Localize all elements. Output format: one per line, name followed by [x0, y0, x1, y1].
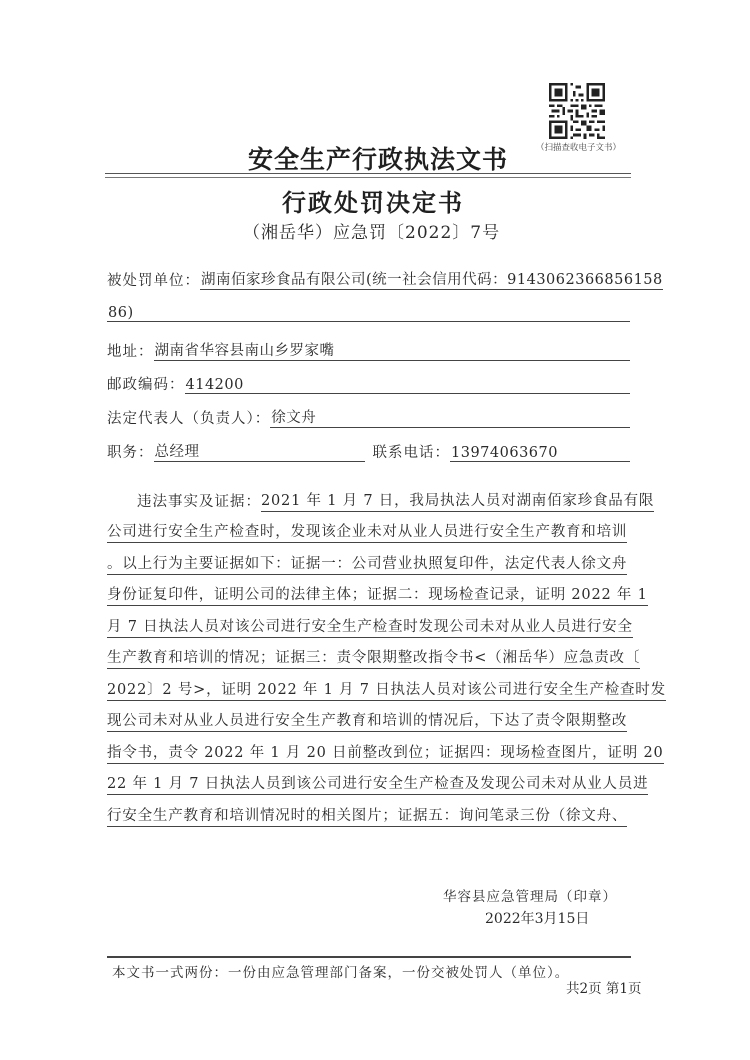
- facts-line: 月 7 日执法人员对该公司进行安全生产检查时发现公司未对从业人员进行安全: [107, 606, 630, 638]
- facts-label: 违法事实及证据：: [137, 492, 261, 512]
- penalized-unit-value: 湖南佰家珍食品有限公司(统一社会信用代码：9143062366856158: [200, 268, 663, 290]
- postal-code-field: 邮政编码： 414200: [107, 372, 630, 394]
- page-indicator: 共2页 第1页: [566, 977, 641, 997]
- facts-line: 指令书，责令 2022 年 1 月 20 日前整改到位；证据四：现场检查图片，证…: [107, 732, 630, 764]
- penalized-unit-label: 被处罚单位：: [107, 269, 200, 290]
- facts-line: 现公司未对从业人员进行安全生产教育和培训的情况后，下达了责令限期整改: [107, 701, 630, 733]
- document-number: （湘岳华）应急罚〔2022〕7号: [243, 218, 500, 243]
- address-value: 湖南省华容县南山乡罗家嘴: [154, 339, 631, 361]
- penalized-unit-field: 被处罚单位： 湖南佰家珍食品有限公司(统一社会信用代码：914306236685…: [107, 268, 630, 290]
- qr-code-icon: [549, 83, 605, 139]
- document-category-title: 安全生产行政执法文书: [248, 140, 508, 176]
- facts-line: 身份证复印件，证明公司的法律主体；证据二：现场检查记录，证明 2022 年 1: [107, 575, 630, 607]
- penalized-unit-value-cont: 86): [107, 305, 630, 322]
- postal-code-label: 邮政编码：: [107, 373, 185, 394]
- qr-caption: （扫描查收电子文书）: [536, 141, 621, 153]
- footer-divider: [107, 956, 631, 958]
- facts-line: 2022〕2 号>，证明 2022 年 1 月 7 日执法人员对该公司进行安全生…: [107, 669, 630, 701]
- facts-line: 违法事实及证据： 2021 年 1 月 7 日，我局执法人员对湖南佰家珍食品有限: [107, 480, 630, 512]
- legal-rep-label: 法定代表人（负责人）：: [107, 407, 270, 428]
- issuing-authority: 华容县应急管理局（印章）: [443, 885, 617, 905]
- phone-value: 13974063670: [450, 445, 630, 462]
- facts-line: 22 年 1 月 7 日执法人员到该公司进行安全生产检查及发现公司未对从业人员进: [107, 764, 630, 796]
- legal-rep-field: 法定代表人（负责人）： 徐文舟: [107, 406, 630, 428]
- issue-date: 2022年3月15日: [485, 908, 589, 928]
- facts-line: 公司进行安全生产检查时，发现该企业未对从业人员进行安全生产教育和培训: [107, 512, 630, 544]
- document-title: 行政处罚决定书: [282, 183, 464, 218]
- facts-and-evidence: 违法事实及证据： 2021 年 1 月 7 日，我局执法人员对湖南佰家珍食品有限…: [107, 480, 630, 827]
- penalized-unit-field-cont: 86): [107, 300, 630, 322]
- postal-code-value: 414200: [185, 377, 631, 394]
- phone-label: 联系电话：: [373, 441, 451, 462]
- footer-note: 本文书一式两份：一份由应急管理部门备案，一份交被处罚人（单位）。: [112, 961, 569, 981]
- position-value: 总经理: [154, 440, 365, 462]
- position-label: 职务：: [107, 441, 154, 462]
- facts-line: 生产教育和培训的情况；证据三：责令限期整改指令书<（湘岳华）应急责改〔: [107, 638, 630, 670]
- legal-rep-value: 徐文舟: [270, 406, 630, 428]
- title-divider: [105, 173, 631, 178]
- facts-line: 行安全生产教育和培训情况时的相关图片；证据五：询问笔录三份（徐文舟、: [107, 795, 630, 827]
- address-field: 地址： 湖南省华容县南山乡罗家嘴: [107, 339, 630, 361]
- address-label: 地址：: [107, 340, 154, 361]
- facts-line: 。以上行为主要证据如下：证据一：公司营业执照复印件，法定代表人徐文舟: [107, 543, 630, 575]
- position-phone-row: 职务： 总经理 联系电话： 13974063670: [107, 440, 630, 462]
